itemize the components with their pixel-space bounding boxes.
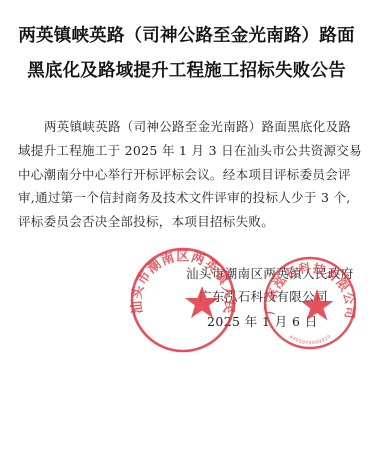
issuer-government: 汕头市潮南区两英镇人民政府 <box>186 266 354 282</box>
svg-text:4405070000910: 4405070000910 <box>288 334 332 347</box>
body-line: 评标委员会否决全部投标，本项目招标失败。 <box>18 214 348 230</box>
body-line: 两英镇峡英路（司神公路至金光南路）路面黑底化及路 <box>44 119 348 135</box>
title-line-2: 黑底化及路域提升工程施工招标失败公告 <box>0 61 373 81</box>
signature-date: 2025 年 1 月 6 日 <box>207 314 318 330</box>
title-line-1: 两英镇峡英路（司神公路至金光南路）路面 <box>0 26 373 46</box>
issuer-company: 广东泓石科技有限公司 <box>199 289 328 305</box>
body-line: 审,通过第一个信封商务及技术文件评审的投标人少于 3 个, <box>18 190 348 206</box>
body-line: 中心潮南分中心举行开标评标会议。经本项目评标委员会评 <box>18 167 348 183</box>
body-line: 域提升工程施工于 2025 年 1 月 3 日在汕头市公共资源交易 <box>18 143 348 159</box>
